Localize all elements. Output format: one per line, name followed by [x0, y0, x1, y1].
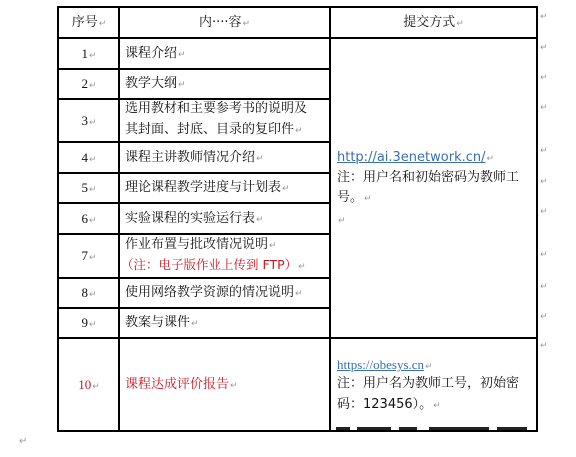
paragraph-mark-icon: ↵	[487, 154, 495, 164]
row-divider-3	[57, 141, 331, 143]
paragraph-mark-icon: ↵	[92, 381, 100, 391]
obesys-link[interactable]: https://obesys.cn	[337, 357, 424, 372]
row-3-content-line2: 其封面、封底、目录的复印件↵	[125, 122, 303, 139]
seq-number: 4	[81, 150, 88, 165]
paragraph-mark-icon: ↵	[256, 215, 264, 225]
paragraph-mark-icon: ↵	[89, 215, 97, 225]
paragraph-mark-icon: ↵	[295, 126, 303, 136]
row-3-content-line1: 选用教材和主要参考书的说明及	[125, 101, 307, 116]
seq-number: 3	[81, 113, 88, 128]
row-2-content: 教学大纲↵	[125, 76, 186, 93]
paragraph-mark-icon: ↵	[89, 154, 97, 164]
content-text: 理论课程教学进度与计划表	[125, 180, 281, 195]
content-text: 选用教材和主要参考书的说明及	[125, 101, 307, 116]
row-2-seq: 2↵	[59, 76, 119, 93]
paragraph-mark-icon: ↵	[425, 362, 433, 372]
seq-number: 1	[81, 46, 88, 61]
row-1-content: 课程介绍↵	[125, 46, 186, 63]
content-text: 使用网络教学资源的情况说明	[125, 285, 294, 300]
paragraph-mark-icon: ↵	[178, 80, 186, 90]
row-divider-7	[57, 277, 331, 279]
ai-3enetwork-link[interactable]: http://ai.3enetwork.cn/	[337, 150, 486, 165]
row-end-mark-icon: ↵	[540, 282, 548, 292]
row-end-mark-icon: ↵	[540, 250, 548, 260]
paragraph-mark-icon: ↵	[89, 184, 97, 194]
paragraph-mark-icon: ↵	[298, 262, 306, 272]
paragraph-mark-icon: ↵	[433, 401, 441, 411]
row-9-content: 教案与课件↵	[125, 315, 199, 332]
paragraph-mark-icon: ↵	[364, 194, 372, 204]
row-5-content: 理论课程教学进度与计划表↵	[125, 180, 290, 197]
row-1-seq: 1↵	[59, 46, 119, 63]
row-4-content: 课程主讲教师情况介绍↵	[125, 150, 264, 167]
clipped-text-fragment	[336, 427, 350, 430]
paragraph-mark-icon: ↵	[456, 19, 464, 29]
row-end-mark-icon: ↵	[540, 43, 548, 53]
row-divider-2	[57, 98, 331, 100]
seq-number: 6	[81, 211, 88, 226]
header-submit: 提交方式↵	[331, 15, 536, 32]
paragraph-mark-icon: ↵	[89, 80, 97, 90]
header-seq-label: 序号	[72, 15, 98, 30]
seq-number: 9	[81, 315, 88, 330]
paragraph-mark-icon: ↵	[178, 50, 186, 60]
submit-link-2[interactable]: https://obesys.cn↵	[337, 357, 433, 375]
clipped-text-fragment	[429, 427, 489, 430]
paragraph-mark-icon: ↵	[282, 184, 290, 194]
paragraph-mark-icon: ↵	[295, 289, 303, 299]
submit-link-1[interactable]: http://ai.3enetwork.cn/↵	[337, 150, 494, 167]
row-6-seq: 6↵	[59, 211, 119, 228]
row-end-mark-icon: ↵	[540, 341, 548, 351]
content-text: 教学大纲	[125, 76, 177, 91]
note-text: 注：用户名和初始密码为教师工	[337, 170, 519, 185]
row-3-seq: 3↵	[59, 113, 119, 130]
table-border-top	[57, 6, 538, 8]
submit-note-2-line1: 注：用户名为教师工号，初始密	[337, 374, 519, 394]
paragraph-mark-icon: ↵	[269, 241, 277, 251]
content-text: 课程介绍	[125, 46, 177, 61]
row-9-seq: 9↵	[59, 315, 119, 332]
row-7-ftp-note: （注：电子版作业上传到 FTP）↵	[121, 257, 306, 275]
paragraph-mark-icon: ↵	[89, 252, 97, 262]
header-divider	[57, 37, 538, 39]
submit-note-1-line2: 号。↵	[337, 188, 372, 209]
document-page: 序号↵ 内····容↵ 提交方式↵ 1↵ 课程介绍↵ 2↵ 教学大纲↵ 3↵ 选…	[0, 0, 576, 457]
ftp-note-text: （注：电子版作业上传到 FTP）	[121, 257, 297, 272]
row-8-seq: 8↵	[59, 285, 119, 302]
row-end-mark-icon: ↵	[540, 207, 548, 217]
row-end-mark-icon: ↵	[540, 12, 548, 22]
seq-number: 8	[81, 285, 88, 300]
paragraph-mark-icon: ↵	[242, 19, 250, 29]
row-divider-1	[57, 68, 331, 70]
paragraph-mark-icon: ↵	[89, 117, 97, 127]
row-end-mark-icon: ↵	[540, 103, 548, 113]
paragraph-mark-icon: ↵	[191, 319, 199, 329]
submission-table: 序号↵ 内····容↵ 提交方式↵ 1↵ 课程介绍↵ 2↵ 教学大纲↵ 3↵ 选…	[57, 6, 538, 432]
paragraph-mark-icon: ↵	[19, 436, 27, 447]
header-content: 内····容↵	[120, 15, 329, 32]
paragraph-mark-icon: ↵	[99, 19, 107, 29]
clipped-text-fragment	[357, 427, 391, 430]
row-10-seq: 10↵	[59, 377, 119, 394]
seq-number: 7	[81, 248, 88, 263]
header-content-label: 内····容	[199, 15, 242, 30]
note-text: 码：123456）。	[337, 397, 432, 412]
clipped-text-fragment	[399, 427, 417, 430]
submit-note-1-line1: 注：用户名和初始密码为教师工	[337, 168, 519, 188]
row-6-content: 实验课程的实验运行表↵	[125, 211, 264, 228]
table-border-bottom	[57, 430, 538, 432]
paragraph-mark-icon: ↵	[338, 216, 346, 226]
row-end-mark-icon: ↵	[540, 73, 548, 83]
seq-number: 10	[78, 377, 91, 392]
paragraph-mark-icon: ↵	[89, 289, 97, 299]
row-4-seq: 4↵	[59, 150, 119, 167]
clipped-text-fragment	[497, 427, 527, 430]
row-divider-9	[57, 337, 538, 339]
row-end-mark-icon: ↵	[540, 312, 548, 322]
content-text: 课程达成评价报告	[125, 377, 229, 392]
paragraph-mark-icon: ↵	[89, 319, 97, 329]
paragraph-mark-icon: ↵	[256, 154, 264, 164]
row-end-mark-icon: ↵	[540, 146, 548, 156]
row-end-mark-icon: ↵	[540, 177, 548, 187]
paragraph-mark-icon: ↵	[230, 381, 238, 391]
paragraph-mark-icon: ↵	[89, 50, 97, 60]
row-divider-4	[57, 172, 331, 174]
note-text: 注：用户名为教师工号，初始密	[337, 376, 519, 391]
row-divider-6	[57, 233, 331, 235]
content-text: 教案与课件	[125, 315, 190, 330]
row-7-seq: 7↵	[59, 248, 119, 265]
content-text: 课程主讲教师情况介绍	[125, 150, 255, 165]
row-8-content: 使用网络教学资源的情况说明↵	[125, 285, 303, 302]
header-submit-label: 提交方式	[403, 15, 455, 30]
submit-note-2-line2: 码：123456）。↵	[337, 395, 441, 416]
row-10-content: 课程达成评价报告↵	[125, 377, 238, 394]
row-5-seq: 5↵	[59, 180, 119, 197]
content-text: 实验课程的实验运行表	[125, 211, 255, 226]
content-text: 作业布置与批改情况说明	[125, 237, 268, 252]
seq-number: 2	[81, 76, 88, 91]
row-7-content: 作业布置与批改情况说明↵	[125, 237, 277, 254]
row-divider-8	[57, 307, 331, 309]
header-seq: 序号↵	[59, 15, 119, 32]
content-text: 其封面、封底、目录的复印件	[125, 122, 294, 137]
submit-empty-paragraph: ↵	[337, 212, 346, 229]
note-text: 号。	[337, 190, 363, 205]
table-border-right	[536, 6, 538, 432]
row-divider-5	[57, 202, 331, 204]
seq-number: 5	[81, 180, 88, 195]
